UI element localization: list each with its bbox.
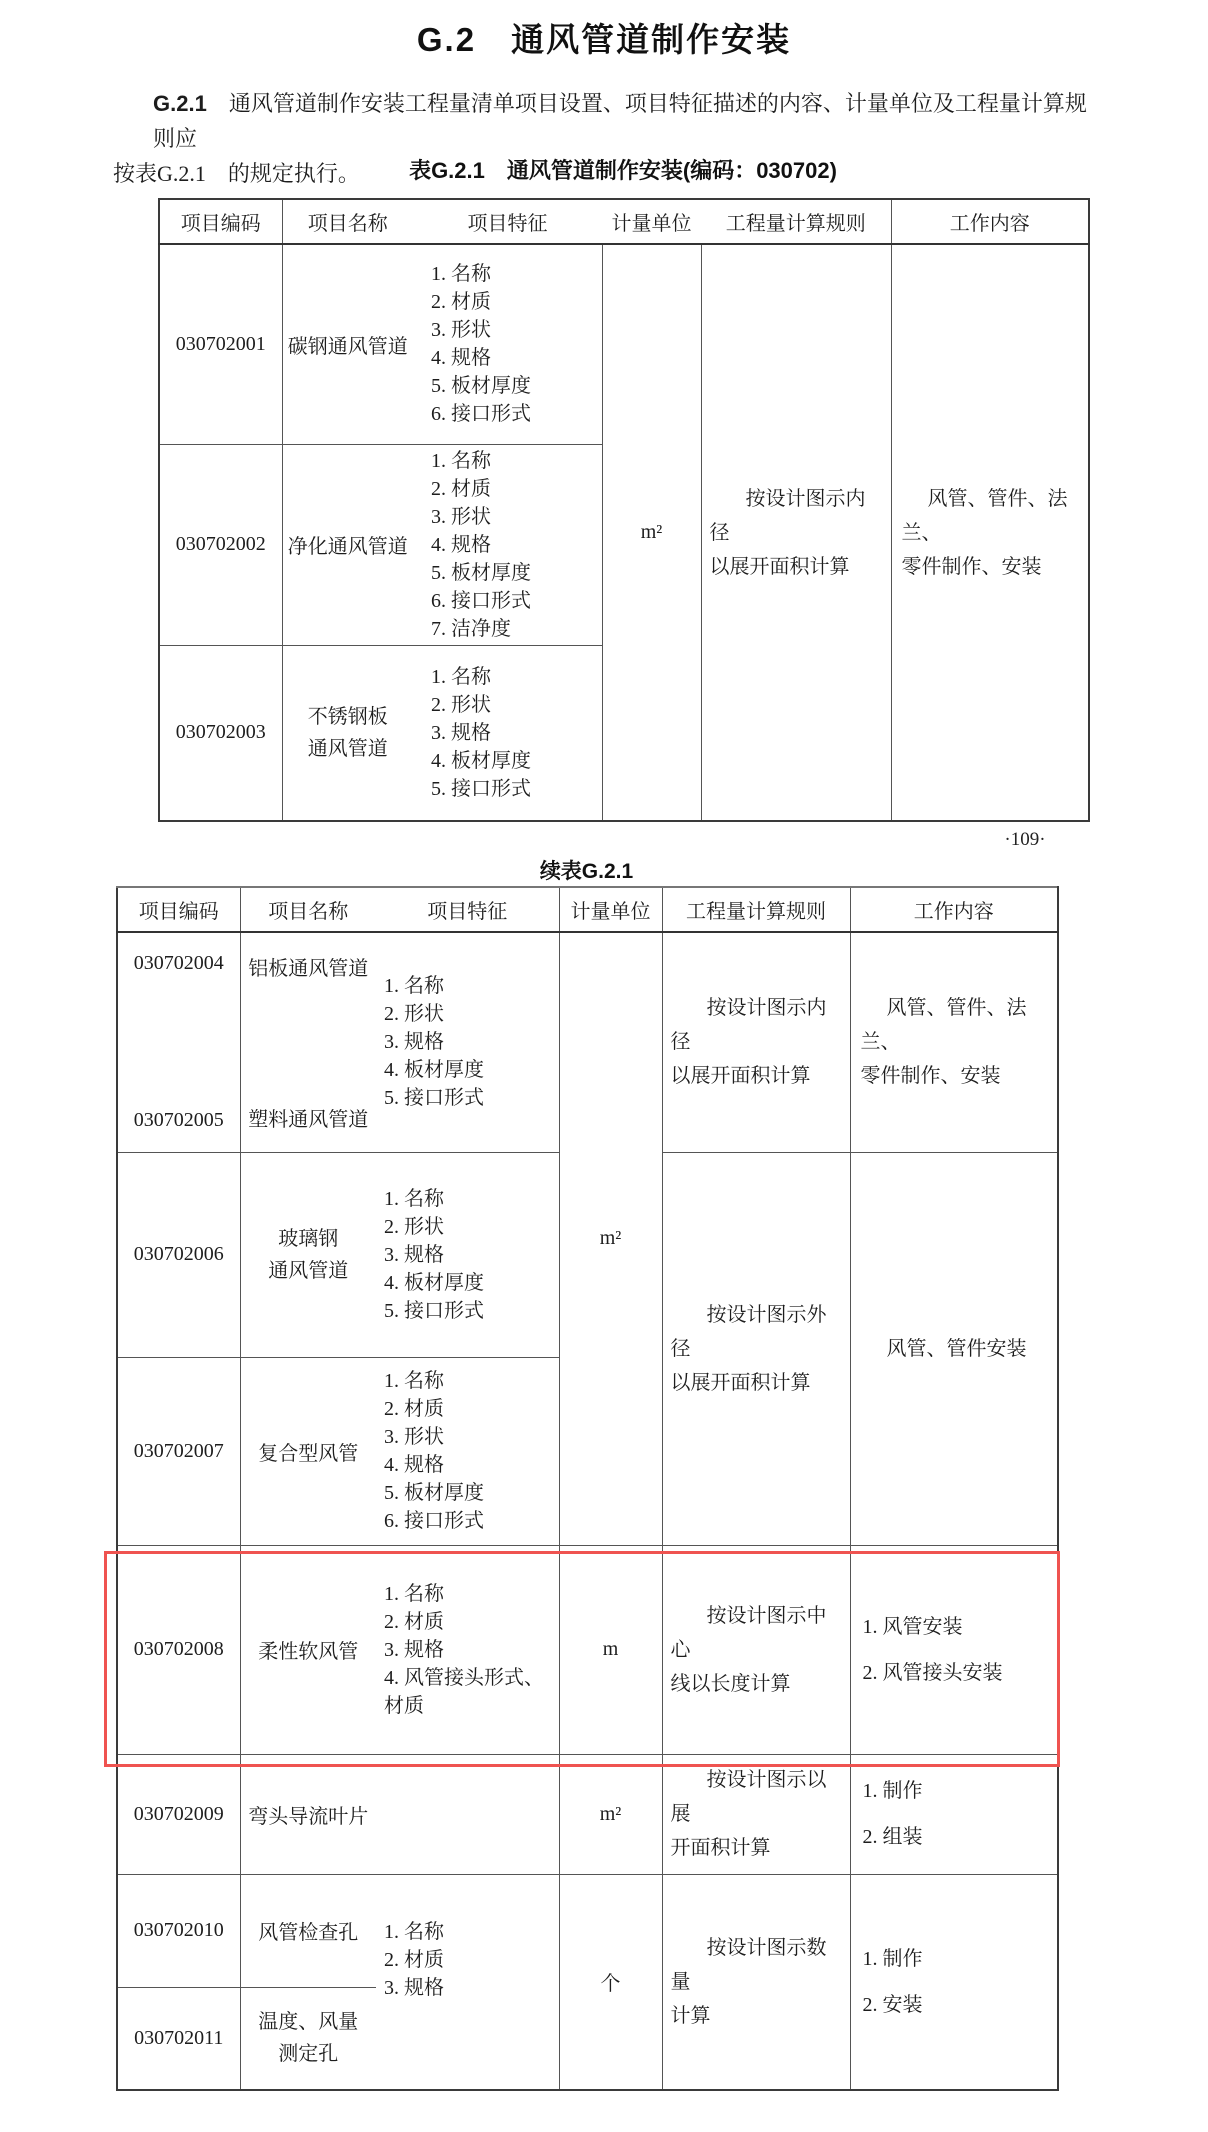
item-rule: 按设计图示内径 以展开面积计算 xyxy=(662,932,850,1152)
table-row: 030702001 碳钢通风管道 1. 名称 2. 材质 3. 形状 4. 规格… xyxy=(159,244,1089,444)
col-header-code: 项目编码 xyxy=(117,887,240,932)
item-rule: 按设计图示外径 以展开面积计算 xyxy=(662,1152,850,1545)
document-page: G.2 通风管道制作安装 G.2.1 通风管道制作安装工程量清单项目设置、项目特… xyxy=(0,0,1208,2132)
item-unit: m xyxy=(559,1545,662,1754)
col-header-name: 项目名称 xyxy=(240,887,376,932)
page-title: G.2 通风管道制作安装 xyxy=(0,14,1208,61)
item-name: 风管检查孔 xyxy=(240,1874,376,1987)
item-rule: 按设计图示内径 以展开面积计算 xyxy=(701,244,891,821)
item-features: 1. 名称 2. 形状 3. 规格 4. 板材厚度 5. 接口形式 xyxy=(376,932,559,1152)
item-name: 柔性软风管 xyxy=(240,1545,376,1754)
item-code-pair: 030702004 030702005 xyxy=(117,932,240,1152)
item-name: 温度、风量 测定孔 xyxy=(240,1987,376,2090)
item-features: 1. 名称 2. 材质 3. 形状 4. 规格 5. 板材厚度 6. 接口形式 xyxy=(376,1357,559,1545)
item-unit: m² xyxy=(559,1754,662,1874)
item-features: 1. 名称 2. 材质 3. 规格 4. 风管接头形式、材质 xyxy=(376,1545,559,1754)
table-row: 030702009 弯头导流叶片 m² 按设计图示以展 开面积计算 1. 制作 … xyxy=(117,1754,1058,1874)
table-row-highlighted: 030702008 柔性软风管 1. 名称 2. 材质 3. 规格 4. 风管接… xyxy=(117,1545,1058,1754)
item-name: 复合型风管 xyxy=(240,1357,376,1545)
col-header-unit: 计量单位 xyxy=(559,887,662,932)
item-rule: 按设计图示数量 计算 xyxy=(662,1874,850,2090)
item-code: 030702008 xyxy=(117,1545,240,1754)
col-header-unit: 计量单位 xyxy=(602,199,701,244)
item-work: 风管、管件安装 xyxy=(850,1152,1058,1545)
table2-header-row: 项目编码 项目名称 项目特征 计量单位 工程量计算规则 工作内容 xyxy=(117,887,1058,932)
item-name: 弯头导流叶片 xyxy=(240,1754,376,1874)
item-work: 风管、管件、法兰、 零件制作、安装 xyxy=(891,244,1089,821)
item-unit: m² xyxy=(559,932,662,1545)
item-code: 030702007 xyxy=(117,1357,240,1545)
item-work: 1. 风管安装 2. 风管接头安装 xyxy=(850,1545,1058,1754)
item-work: 1. 制作 2. 安装 xyxy=(850,1874,1058,2090)
item-code: 030702003 xyxy=(159,645,282,821)
item-code: 030702010 xyxy=(117,1874,240,1987)
col-header-work: 工作内容 xyxy=(850,887,1058,932)
table-row: 030702004 030702005 铝板通风管道 塑料通风管道 1. 名称 … xyxy=(117,932,1058,1152)
item-features: 1. 名称 2. 形状 3. 规格 4. 板材厚度 5. 接口形式 xyxy=(376,1152,559,1357)
item-code: 030702006 xyxy=(117,1152,240,1357)
col-header-rule: 工程量计算规则 xyxy=(662,887,850,932)
table-g21-continued: 项目编码 项目名称 项目特征 计量单位 工程量计算规则 工作内容 0307020… xyxy=(116,886,1059,2091)
item-features: 1. 名称 2. 材质 3. 形状 4. 规格 5. 板材厚度 6. 接口形式 xyxy=(413,244,602,444)
table1-header-row: 项目编码 项目名称 项目特征 计量单位 工程量计算规则 工作内容 xyxy=(159,199,1089,244)
item-features: 1. 名称 2. 形状 3. 规格 4. 板材厚度 5. 接口形式 xyxy=(413,645,602,821)
item-name: 玻璃钢 通风管道 xyxy=(240,1152,376,1357)
col-header-work: 工作内容 xyxy=(891,199,1089,244)
item-name: 碳钢通风管道 xyxy=(282,244,413,444)
item-name: 不锈钢板 通风管道 xyxy=(282,645,413,821)
col-header-features: 项目特征 xyxy=(413,199,602,244)
item-features: 1. 名称 2. 材质 3. 规格 xyxy=(376,1874,559,2090)
item-work: 风管、管件、法兰、 零件制作、安装 xyxy=(850,932,1058,1152)
col-header-name: 项目名称 xyxy=(282,199,413,244)
col-header-code: 项目编码 xyxy=(159,199,282,244)
table1-caption: 表G.2.1 通风管道制作安装(编码：030702) xyxy=(158,154,1088,185)
item-rule: 按设计图示中心 线以长度计算 xyxy=(662,1545,850,1754)
item-features-empty xyxy=(376,1754,559,1874)
item-work: 1. 制作 2. 组装 xyxy=(850,1754,1058,1874)
page-number: ·109· xyxy=(975,829,1075,851)
table2-caption: 续表G.2.1 xyxy=(116,855,1057,885)
col-header-rule: 工程量计算规则 xyxy=(701,199,891,244)
table-g21: 项目编码 项目名称 项目特征 计量单位 工程量计算规则 工作内容 0307020… xyxy=(158,198,1090,822)
item-code: 030702001 xyxy=(159,244,282,444)
item-name: 净化通风管道 xyxy=(282,444,413,645)
item-name-pair: 铝板通风管道 塑料通风管道 xyxy=(240,932,376,1152)
clause-number: G.2.1 xyxy=(153,91,207,116)
item-code: 030702002 xyxy=(159,444,282,645)
item-rule: 按设计图示以展 开面积计算 xyxy=(662,1754,850,1874)
clause-line-1: G.2.1 通风管道制作安装工程量清单项目设置、项目特征描述的内容、计量单位及工… xyxy=(113,86,1093,156)
clause-text: 通风管道制作安装工程量清单项目设置、项目特征描述的内容、计量单位及工程量计算规则… xyxy=(153,91,1087,151)
table-row: 030702010 风管检查孔 1. 名称 2. 材质 3. 规格 个 按设计图… xyxy=(117,1874,1058,1987)
item-code: 030702011 xyxy=(117,1987,240,2090)
item-unit: m² xyxy=(602,244,701,821)
item-unit: 个 xyxy=(559,1874,662,2090)
item-features: 1. 名称 2. 材质 3. 形状 4. 规格 5. 板材厚度 6. 接口形式 … xyxy=(413,444,602,645)
col-header-features: 项目特征 xyxy=(376,887,559,932)
item-code: 030702009 xyxy=(117,1754,240,1874)
